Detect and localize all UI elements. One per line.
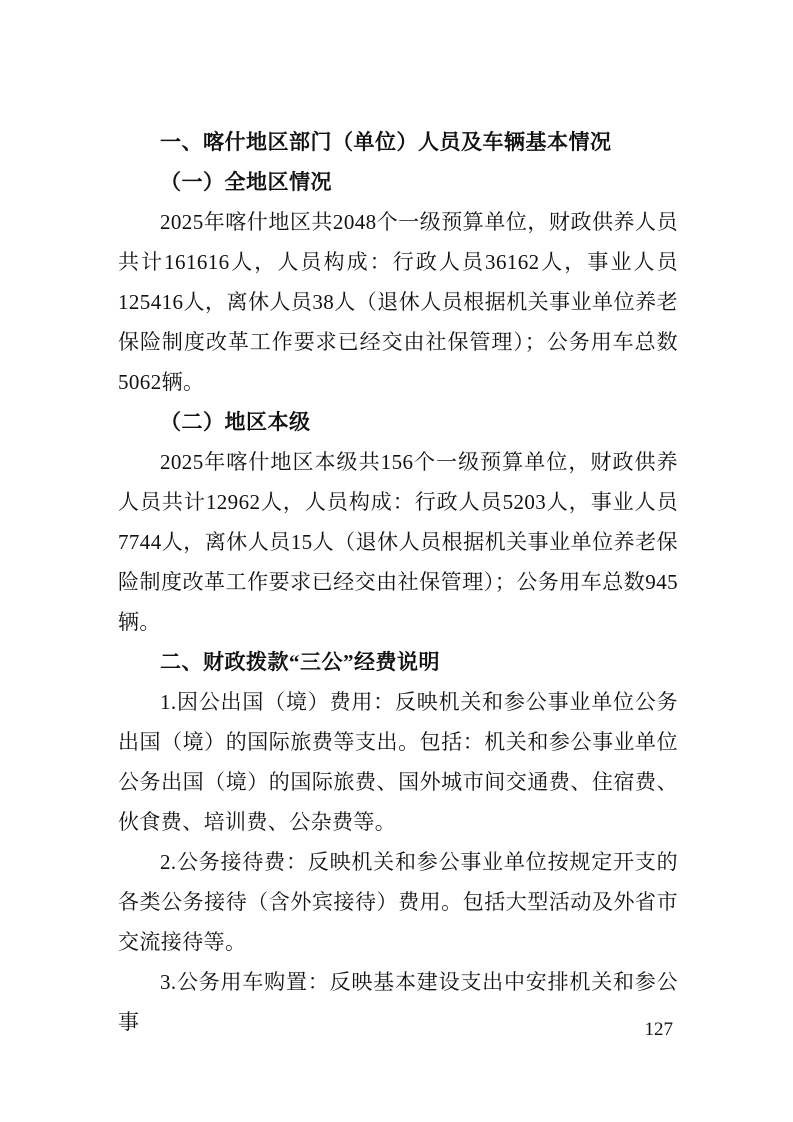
- paragraph-region-level-stats: 2025年喀什地区本级共156个一级预算单位，财政供养人员共计12962人，人员…: [118, 442, 678, 642]
- section-heading-three-public-expenses: 二、财政拨款“三公”经费说明: [118, 642, 678, 682]
- page-number: 127: [645, 1018, 674, 1042]
- section-heading-whole-region: （一）全地区情况: [118, 162, 678, 202]
- paragraph-whole-region-stats: 2025年喀什地区共2048个一级预算单位，财政供养人员共计161616人，人员…: [118, 202, 678, 402]
- section-heading-region-level: （二）地区本级: [118, 402, 678, 442]
- document-page: 一、喀什地区部门（单位）人员及车辆基本情况 （一）全地区情况 2025年喀什地区…: [0, 0, 793, 1122]
- section-heading-personnel-vehicles: 一、喀什地区部门（单位）人员及车辆基本情况: [118, 122, 678, 162]
- paragraph-overseas-travel-expense: 1.因公出国（境）费用：反映机关和参公事业单位公务出国（境）的国际旅费等支出。包…: [118, 682, 678, 842]
- paragraph-official-vehicle-purchase: 3.公务用车购置：反映基本建设支出中安排机关和参公事: [118, 962, 678, 1042]
- paragraph-official-reception-expense: 2.公务接待费：反映机关和参公事业单位按规定开支的各类公务接待（含外宾接待）费用…: [118, 842, 678, 962]
- document-content: 一、喀什地区部门（单位）人员及车辆基本情况 （一）全地区情况 2025年喀什地区…: [118, 122, 678, 1042]
